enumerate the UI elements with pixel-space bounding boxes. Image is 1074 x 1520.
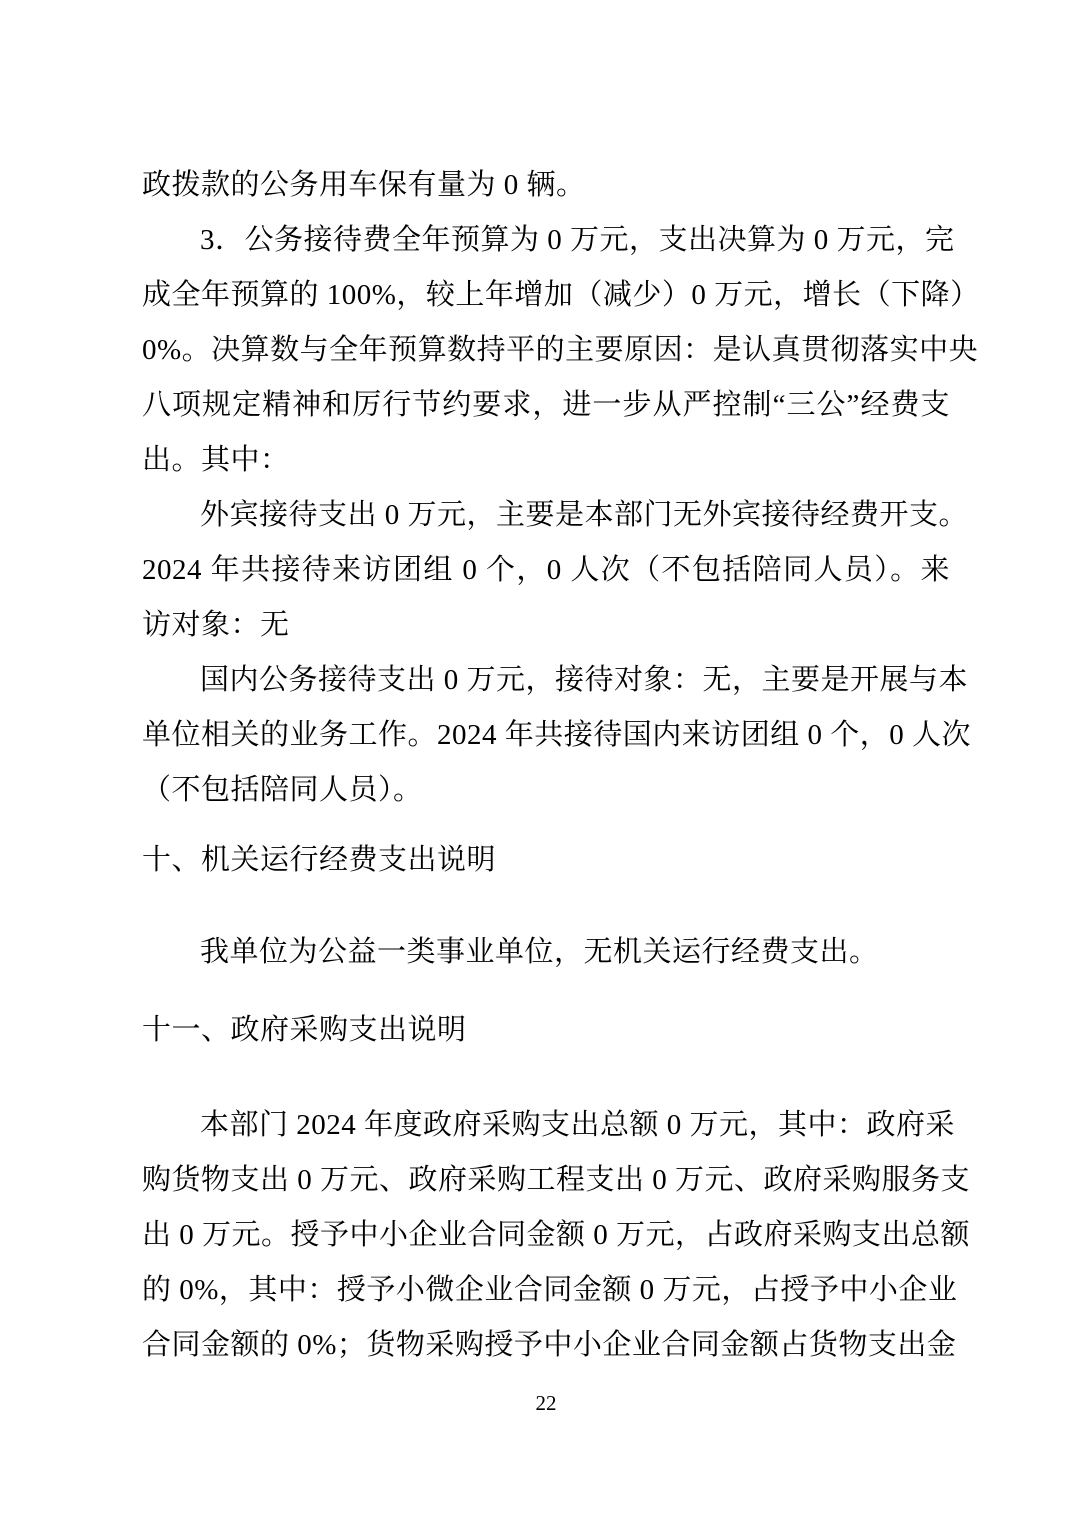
section-10-paragraph: 我单位为公益一类事业单位，无机关运行经费支出。 <box>142 925 950 980</box>
body-line: 政拨款的公务用车保有量为 0 辆。 <box>142 158 950 213</box>
body-line: 八项规定精神和厉行节约要求，进一步从严控制“三公”经费支 <box>142 378 950 433</box>
document-content: 政拨款的公务用车保有量为 0 辆。 3．公务接待费全年预算为 0 万元，支出决算… <box>142 158 950 1373</box>
body-line: 购货物支出 0 万元、政府采购工程支出 0 万元、政府采购服务支 <box>142 1153 950 1208</box>
section-10-heading: 十、机关运行经费支出说明 <box>142 833 950 888</box>
body-line: 0%。决算数与全年预算数持平的主要原因：是认真贯彻落实中央 <box>142 323 950 378</box>
body-line: 合同金额的 0%；货物采购授予中小企业合同金额占货物支出金 <box>142 1318 950 1373</box>
body-line: 的 0%，其中：授予小微企业合同金额 0 万元，占授予中小企业 <box>142 1263 950 1318</box>
body-line: 出。其中： <box>142 433 950 488</box>
document-page: 政拨款的公务用车保有量为 0 辆。 3．公务接待费全年预算为 0 万元，支出决算… <box>0 0 1074 1520</box>
body-line: 单位相关的业务工作。2024 年共接待国内来访团组 0 个，0 人次 <box>142 708 950 763</box>
body-line: 3．公务接待费全年预算为 0 万元，支出决算为 0 万元，完 <box>142 213 950 268</box>
page-number: 22 <box>142 1390 950 1416</box>
body-line: 成全年预算的 100%，较上年增加（减少）0 万元，增长（下降） <box>142 268 950 323</box>
body-line: （不包括陪同人员）。 <box>142 763 950 818</box>
section-11-heading: 十一、政府采购支出说明 <box>142 1003 950 1058</box>
body-line: 2024 年共接待来访团组 0 个，0 人次（不包括陪同人员）。来 <box>142 543 950 598</box>
body-line: 访对象：无 <box>142 598 950 653</box>
body-line: 出 0 万元。授予中小企业合同金额 0 万元，占政府采购支出总额 <box>142 1208 950 1263</box>
body-line: 外宾接待支出 0 万元，主要是本部门无外宾接待经费开支。 <box>142 488 950 543</box>
body-line: 国内公务接待支出 0 万元，接待对象：无，主要是开展与本 <box>142 653 950 708</box>
body-line: 本部门 2024 年度政府采购支出总额 0 万元，其中：政府采 <box>142 1098 950 1153</box>
